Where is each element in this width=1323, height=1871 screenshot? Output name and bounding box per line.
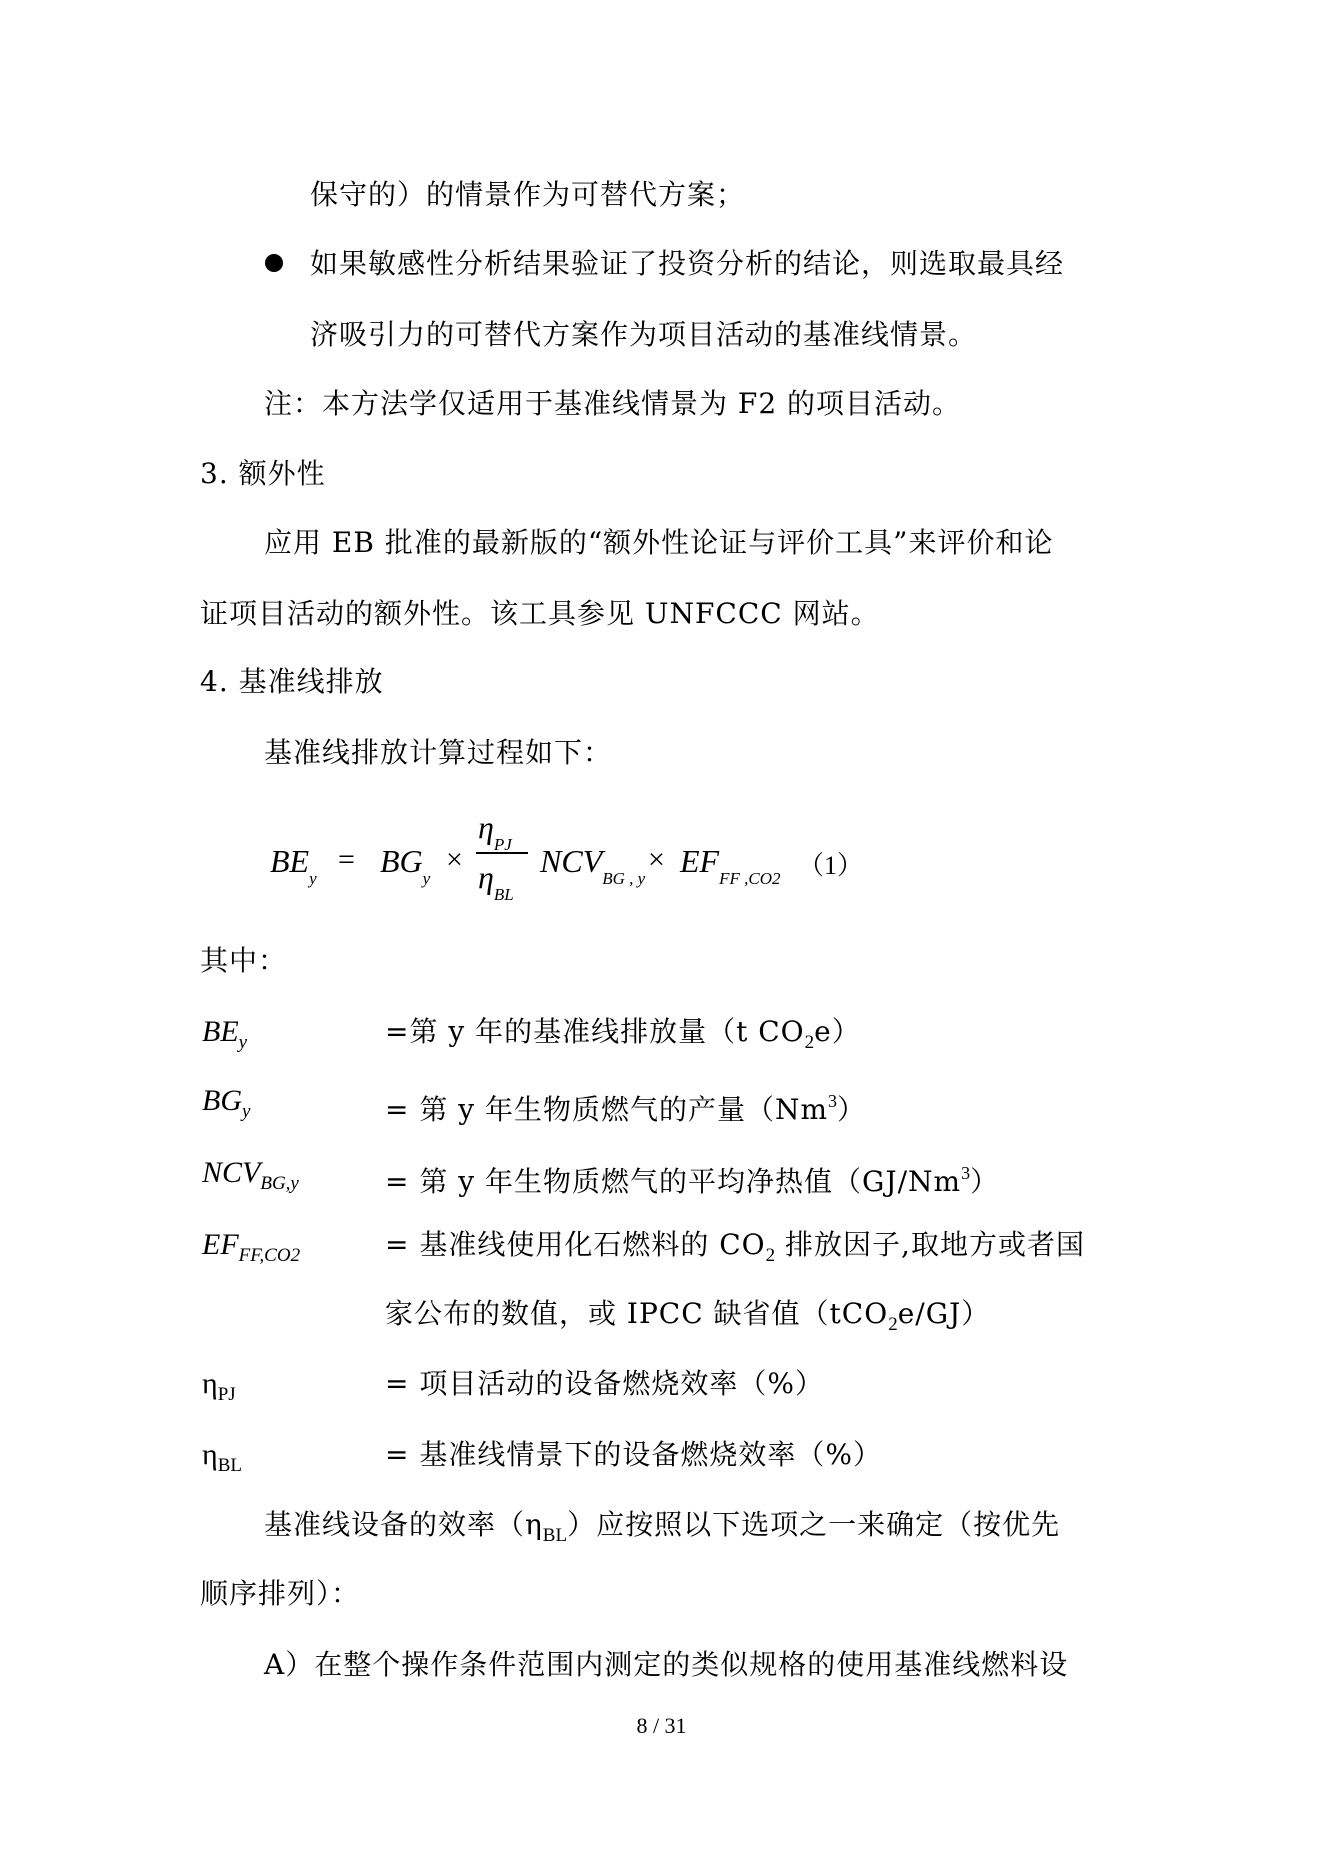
definition-text-be: =第 y 年的基准线排放量（t CO2e） (385, 1015, 861, 1060)
definition-term-bg: BGy (202, 1084, 250, 1129)
efficiency-paragraph-line2: 顺序排列）： (200, 1577, 360, 1611)
definition-text-eta-pj: = 项目活动的设备燃烧效率（%） (385, 1367, 824, 1401)
section3-paragraph-line2: 证项目活动的额外性。该工具参见 UNFCCC 网站。 (200, 597, 880, 631)
formula-bg: BGy (380, 843, 430, 880)
page-number: 8 / 31 (0, 1713, 1323, 1739)
formula-numerator: ηPJ (478, 809, 512, 846)
formula-number: （1） (798, 845, 863, 882)
formula-ef: EFFF ,CO2 (680, 843, 780, 880)
definition-text-eta-bl: = 基准线情景下的设备燃烧效率（%） (385, 1438, 882, 1472)
bullet-icon (265, 254, 283, 272)
where-label: 其中： (200, 944, 287, 978)
definition-text-bg: = 第 y 年生物质燃气的产量（Nm3） (385, 1084, 866, 1127)
definition-term-be: BEy (202, 1015, 247, 1060)
note-paragraph: 注：本方法学仅适用于基准线情景为 F2 的项目活动。 (264, 387, 961, 421)
section-heading-additionality: 3. 额外性 (200, 457, 326, 491)
definition-term-eta-bl: ηBL (202, 1438, 242, 1483)
bullet-item-text-line1: 如果敏感性分析结果验证了投资分析的结论，则选取最具经 (310, 247, 1064, 281)
formula-ncv: NCVBG , y (540, 843, 645, 880)
definition-term-ef: EFFF,CO2 (202, 1228, 300, 1273)
definition-text-ef-continuation: 家公布的数值，或 IPCC 缺省值（tCO2e/GJ） (385, 1297, 990, 1342)
formula-be: BEy (270, 843, 317, 880)
section4-intro: 基准线排放计算过程如下： (264, 736, 612, 770)
bullet-item-text-line2: 济吸引力的可替代方案作为项目活动的基准线情景。 (310, 318, 977, 352)
formula-denominator: ηBL (478, 859, 514, 896)
formula-equals: = (338, 843, 355, 877)
definition-term-eta-pj: ηPJ (202, 1367, 236, 1412)
bullet-continuation-text: 保守的）的情景作为可替代方案； (310, 178, 745, 212)
formula-times-2: × (648, 843, 665, 877)
efficiency-paragraph-line1: 基准线设备的效率（ηBL）应按照以下选项之一来确定（按优先 (264, 1508, 1060, 1553)
section3-paragraph-line1: 应用 EB 批准的最新版的“额外性论证与评价工具”来评价和论 (264, 526, 1053, 560)
section-heading-baseline-emissions: 4. 基准线排放 (200, 665, 384, 699)
definition-text-ef: = 基准线使用化石燃料的 CO2 排放因子,取地方或者国 (385, 1228, 1085, 1273)
definition-term-ncv: NCVBG,y (202, 1156, 299, 1201)
formula-times-1: × (446, 843, 463, 877)
baseline-emission-formula: BEy = BGy × ηPJ ηBL NCVBG , y × EFFF ,CO… (268, 815, 888, 915)
fraction-bar (476, 852, 528, 854)
option-a-text: A）在整个操作条件范围内测定的类似规格的使用基准线燃料设 (264, 1648, 1068, 1682)
definition-text-ncv: = 第 y 年生物质燃气的平均净热值（GJ/Nm3） (385, 1156, 999, 1199)
